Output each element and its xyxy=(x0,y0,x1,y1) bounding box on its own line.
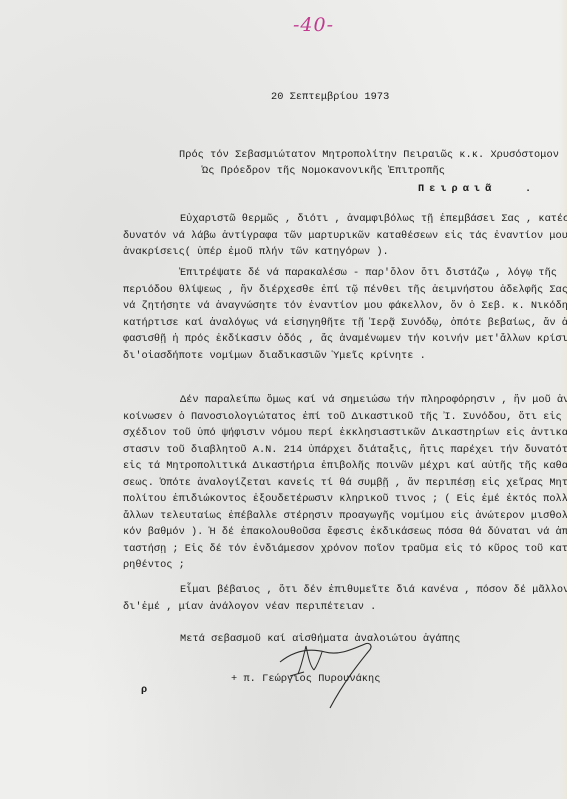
paragraph-line: δι'οἱασδήποτε νομίμων διαδικασιῶν Ὑμεῖς … xyxy=(123,348,567,365)
paragraph-line: κατήρτισε καί ἀναλόγως νά εἰσηγηθῆτε τῇ … xyxy=(123,315,567,332)
paragraph-line: ἄλλων τελευταίως ἐπέβαλλε στέρησιν προαγ… xyxy=(123,508,567,525)
paragraph-line: στασιν τοῦ διαβλητοῦ Α.Ν. 214 ὑπάρχει δι… xyxy=(123,442,567,459)
paragraph-4: Εἶμαι βέβαιος , ὅτι δέν ἐπιθυμεῖτε διά κ… xyxy=(123,582,567,615)
paragraph-line: σχέδιον τοῦ ὑπό ψήφισιν νόμου περί ἐκκλη… xyxy=(123,425,567,442)
paragraph-line: κόν βαθμόν ). Ἡ δέ ἐπακολουθοῦσα ἔφεσις … xyxy=(123,524,567,541)
paragraph-line: Ἐπιτρέψατε δέ νά παρακαλέσω - παρ'ὅλον ὅ… xyxy=(123,265,567,282)
recipient-city-dot: . xyxy=(525,181,531,198)
recipient-city: Πειραιᾶ xyxy=(418,181,496,198)
document-page: -40- 20 Σεπτεμβρίου 1973 Πρός τόν Σεβασμ… xyxy=(0,0,567,799)
paragraph-line: δυνατόν νά λάβω ἀντίγραφα τῶν μαρτυρικῶν… xyxy=(123,228,567,245)
recipient-line-1: Πρός τόν Σεβασμιώτατον Μητροπολίτην Πειρ… xyxy=(179,147,559,164)
handwritten-page-number: -40- xyxy=(293,14,334,36)
recipient-line-2: Ὡς Πρόεδρον τῆς Νομοκανονικῆς Ἐπιτροπῆς xyxy=(202,163,445,180)
paragraph-line: φασισθῇ ἡ πρός ἐκδίκασιν ὁδός , ἄς ἀναμέ… xyxy=(123,331,567,348)
paragraph-line: πολίτου ἐπιδιώκοντος ἐξουδετέρωσιν κληρι… xyxy=(123,491,567,508)
paragraph-line: ἀνακρίσεις( ὑπέρ ἐμοῦ πλήν τῶν κατηγόρων… xyxy=(123,244,567,261)
margin-mark: ρ xyxy=(141,682,147,699)
paragraph-line: περιόδου θλίψεως , ἥν διέρχεσθε ἐπί τῷ π… xyxy=(123,282,567,299)
paragraph-line: Δέν παραλείπω ὅμως καί νά σημειώσω τήν π… xyxy=(123,392,567,409)
letter-date: 20 Σεπτεμβρίου 1973 xyxy=(271,89,389,106)
paragraph-line: Εἶμαι βέβαιος , ὅτι δέν ἐπιθυμεῖτε διά κ… xyxy=(123,582,567,599)
paragraph-2: Ἐπιτρέψατε δέ νά παρακαλέσω - παρ'ὅλον ὅ… xyxy=(123,265,567,364)
paragraph-3: Δέν παραλείπω ὅμως καί νά σημειώσω τήν π… xyxy=(123,392,567,574)
paragraph-line: σεως. Ὁπότε ἀναλογίζεται κανείς τί θά συ… xyxy=(123,475,567,492)
paragraph-line: ταστήσῃ ; Εἰς δέ τόν ἐνδιάμεσον χρόνον π… xyxy=(123,541,567,558)
paragraph-line: εἰς τά Μητροπολιτικά Δικαστήρια ἐπιβολῆς… xyxy=(123,458,567,475)
paragraph-line: κοίνωσεν ὁ Πανοσιολογιώτατος ἐπί τοῦ Δικ… xyxy=(123,409,567,426)
paragraph-line: δι'ἐμέ , μίαν ἀνάλογον νέαν περιπέτειαν … xyxy=(123,599,567,616)
paragraph-line: Εὐχαριστῶ θερμῶς , διότι , ἀναμφιβόλως τ… xyxy=(123,211,567,228)
paragraph-line: νά ζητήσητε νά ἀναγνώσητε τόν ἐναντίον μ… xyxy=(123,298,567,315)
paragraph-1: Εὐχαριστῶ θερμῶς , διότι , ἀναμφιβόλως τ… xyxy=(123,211,567,261)
paragraph-line: ρηθέντος ; xyxy=(123,557,567,574)
signatory-name: + π. Γεώργιος Πυρουνάκης xyxy=(231,671,381,688)
